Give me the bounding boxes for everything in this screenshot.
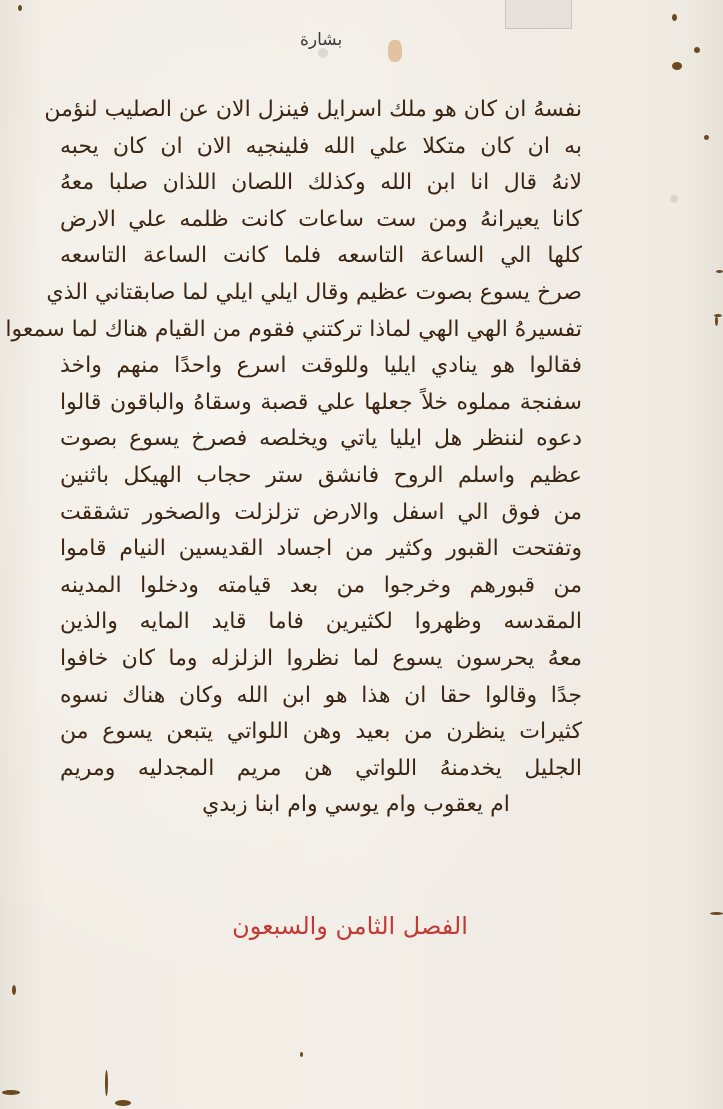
text-line: كثيرات ينظرن من بعيد وهن اللواتي يتبعن ي… <box>60 714 582 751</box>
text-line: لانهُ قال انا ابن الله وكذلك اللصان اللذ… <box>60 165 582 202</box>
manuscript-page: بشارة نفسهُ ان كان هو ملك اسرايل فينزل ا… <box>0 0 723 1109</box>
text-line: تفسيرهُ الهي الهي لماذا تركتني فقوم من ا… <box>60 312 582 349</box>
ink-spot <box>300 1052 303 1057</box>
wormhole <box>105 1070 108 1096</box>
text-line: دعوه لننظر هل ايليا ياتي ويخلصه فصرخ يسو… <box>60 421 582 458</box>
wormhole <box>715 316 718 326</box>
manuscript-text: نفسهُ ان كان هو ملك اسرايل فينزل الان عن… <box>60 92 582 824</box>
wormhole <box>716 270 723 273</box>
text-line: الجليل يخدمنهُ اللواتي هن مريم المجدليه … <box>60 751 582 788</box>
text-line: من قبورهم وخرجوا من بعد قيامته ودخلوا ال… <box>60 568 582 605</box>
text-line: صرخ يسوع بصوت عظيم وقال ايلي ايلي لما صا… <box>60 275 582 312</box>
tape-strip <box>505 0 572 29</box>
text-line: عظيم واسلم الروح فانشق ستر حجاب الهيكل ب… <box>60 458 582 495</box>
wormhole <box>710 912 723 915</box>
text-line: كلها الي الساعة التاسعه فلما كانت الساعة… <box>60 238 582 275</box>
catchword: بشارة <box>300 30 342 50</box>
wormhole <box>115 1100 131 1106</box>
wormhole <box>12 985 16 995</box>
wormhole <box>714 314 722 317</box>
ink-spot <box>694 47 700 53</box>
text-line: سفنجة مملوه خلاً جعلها علي قصبة وسقاهُ و… <box>60 385 582 422</box>
text-line: من فوق الي اسفل والارض تزلزلت والصخور تش… <box>60 495 582 532</box>
text-line: معهُ يحرسون يسوع لما نظروا الزلزله وما ك… <box>60 641 582 678</box>
text-line: نفسهُ ان كان هو ملك اسرايل فينزل الان عن… <box>60 92 582 129</box>
paper-smudge <box>670 195 678 203</box>
text-line: به ان كان متكلا علي الله فلينجيه الان ان… <box>60 129 582 166</box>
text-line: ام يعقوب وام يوسي وام ابنا زبدي <box>60 787 582 824</box>
ink-spot <box>672 62 682 70</box>
text-line: المقدسه وظهروا لكثيرين فاما قايد المايه … <box>60 604 582 641</box>
text-line: جدًا وقالوا حقا ان هذا هو ابن الله وكان … <box>60 678 582 715</box>
text-line: كانا يعيرانهُ ومن ست ساعات كانت ظلمه علي… <box>60 202 582 239</box>
ink-spot <box>672 14 677 21</box>
ink-spot <box>704 135 709 140</box>
ink-spot <box>18 5 22 11</box>
wormhole <box>2 1090 20 1095</box>
chapter-heading: الفصل الثامن والسبعون <box>200 912 500 940</box>
text-line: فقالوا هو ينادي ايليا وللوقت اسرع واحدًا… <box>60 348 582 385</box>
text-line: وتفتحت القبور وكثير من اجساد القديسين ال… <box>60 531 582 568</box>
paper-stain <box>388 40 402 62</box>
